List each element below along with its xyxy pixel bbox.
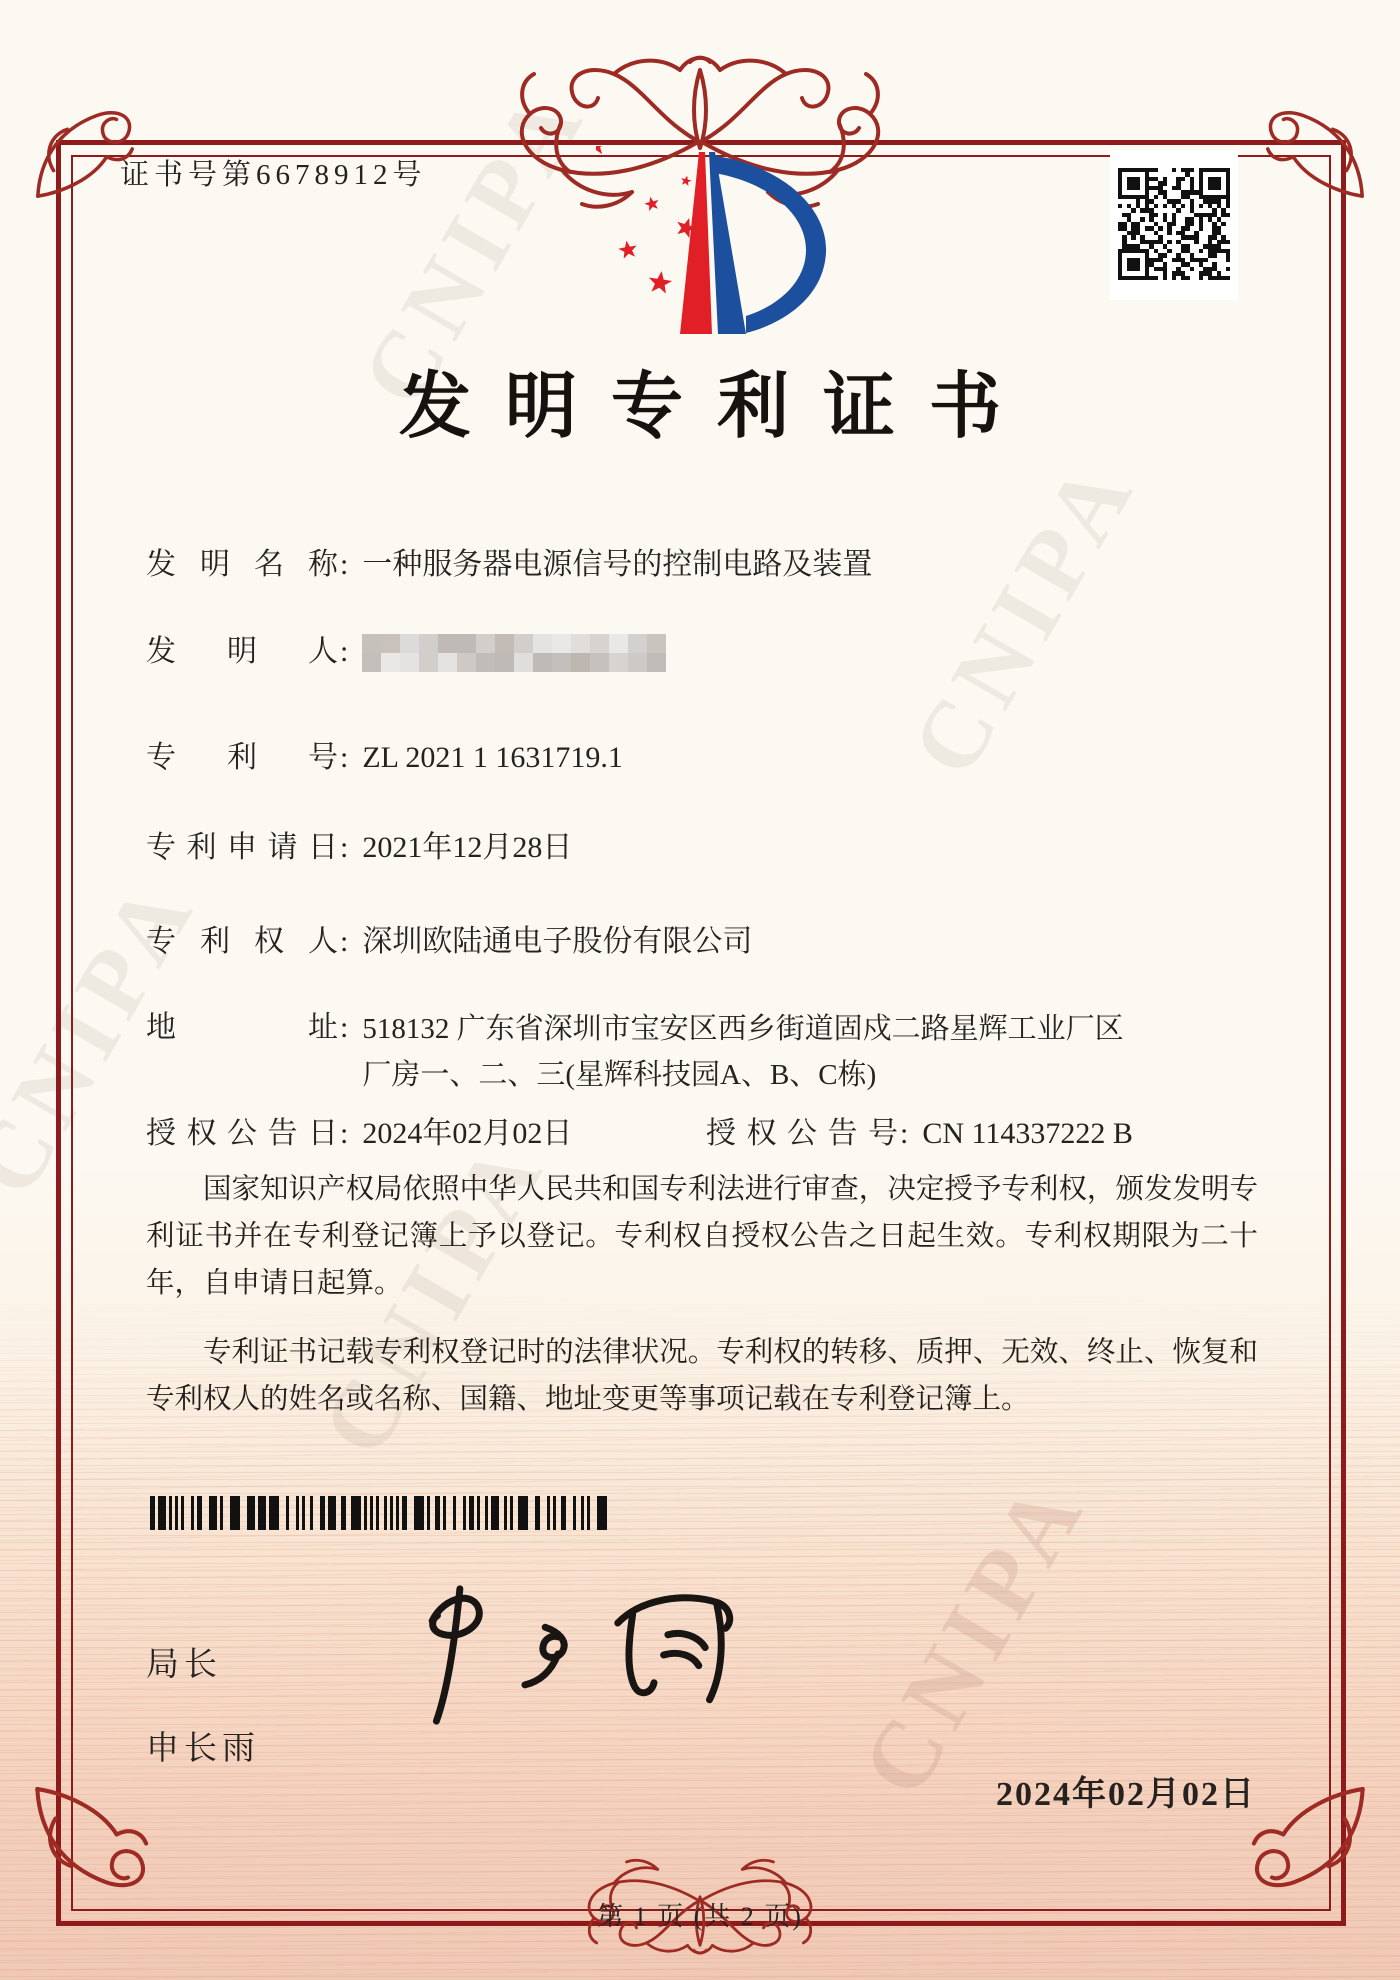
- cnipa-logo: [596, 146, 848, 340]
- barcode-bar: [518, 1496, 528, 1530]
- field-address: 地址: 518132 广东省深圳市宝安区西乡街道固戍二路星辉工业厂区厂房一、二、…: [146, 1006, 1126, 1099]
- field-inventor: 发明人:: [146, 630, 666, 674]
- barcode-bar: [258, 1496, 266, 1530]
- redaction-pixel: [552, 653, 571, 672]
- field-patentee: 专利权人: 深圳欧陆通电子股份有限公司: [146, 920, 752, 964]
- legal-paragraph-1: 国家知识产权局依照中华人民共和国专利法进行审查，决定授予专利权，颁发发明专利证书…: [146, 1166, 1258, 1307]
- page-number: 第 1 页 (共 2 页): [0, 1896, 1400, 1933]
- qr-module: [1226, 276, 1230, 280]
- barcode-bar: [553, 1496, 556, 1530]
- redaction-pixel: [609, 653, 628, 672]
- barcode-bar: [435, 1496, 440, 1530]
- barcode-bar: [384, 1496, 387, 1530]
- barcode-bar: [427, 1496, 430, 1530]
- redaction-pixel: [438, 653, 457, 672]
- redaction-pixel: [533, 634, 552, 653]
- barcode-bar: [485, 1496, 488, 1530]
- field-label: 发明人: [146, 630, 338, 674]
- field-value: 518132 广东省深圳市宝安区西乡街道固戍二路星辉工业厂区厂房一、二、三(星辉…: [362, 1006, 1126, 1099]
- barcode-bar: [396, 1496, 399, 1530]
- field-grant-number: 授权公告号: CN 114337222 B: [706, 1112, 1133, 1156]
- barcode-bar: [197, 1496, 202, 1530]
- barcode-bar: [443, 1496, 446, 1530]
- redaction-pixel: [457, 653, 476, 672]
- redaction-pixel: [457, 634, 476, 653]
- redaction-pixel: [628, 634, 647, 653]
- barcode-bar: [169, 1496, 172, 1530]
- barcode-bar: [220, 1496, 223, 1530]
- legal-text: 国家知识产权局依照中华人民共和国专利法进行审查，决定授予专利权，颁发发明专利证书…: [146, 1166, 1258, 1445]
- issue-date: 2024年02月02日: [996, 1766, 1256, 1815]
- commissioner-title: 局长: [146, 1638, 222, 1685]
- field-label: 发明名称: [146, 543, 338, 587]
- redaction-pixel: [533, 653, 552, 672]
- barcode-bar: [504, 1496, 507, 1530]
- patent-certificate-page: CNIPA CNIPA CNIPA CNIPA CNIPA: [0, 0, 1400, 1980]
- barcode-bar: [547, 1496, 550, 1530]
- barcode-bar: [328, 1496, 336, 1530]
- redaction-pixel: [590, 634, 609, 653]
- barcode-bar: [491, 1496, 499, 1530]
- barcode-bar: [269, 1496, 279, 1530]
- redaction-pixel: [628, 653, 647, 672]
- field-value: 一种服务器电源信号的控制电路及装置: [362, 543, 872, 587]
- legal-paragraph-2: 专利证书记载专利权登记时的法律状况。专利权的转移、质押、无效、终止、恢复和专利权…: [146, 1329, 1258, 1423]
- barcode-bar: [453, 1496, 456, 1530]
- barcode-bar: [370, 1496, 373, 1530]
- field-grant-date: 授权公告日: 2024年02月02日: [146, 1112, 572, 1156]
- commissioner-name: 申长雨: [146, 1722, 260, 1769]
- handwritten-signature: [366, 1576, 750, 1734]
- redaction-pixel: [552, 634, 571, 653]
- barcode-bar: [175, 1496, 178, 1530]
- colon: :: [340, 543, 348, 587]
- redaction-pixel: [381, 653, 400, 672]
- field-value: CN 114337222 B: [922, 1112, 1133, 1156]
- barcode-bar: [376, 1496, 379, 1530]
- barcode-bar: [469, 1496, 474, 1530]
- barcode-bar: [351, 1496, 361, 1530]
- barcode-bar: [310, 1496, 313, 1530]
- barcode-bar: [181, 1496, 184, 1530]
- barcode-bar: [296, 1496, 299, 1530]
- redaction-pixel: [438, 634, 457, 653]
- redaction-pixel: [647, 653, 666, 672]
- redacted-inventor-names: [362, 634, 666, 672]
- field-value: 2021年12月28日: [362, 826, 572, 870]
- barcode-bar: [581, 1496, 584, 1530]
- redaction-pixel: [400, 634, 419, 653]
- barcode-bar: [209, 1496, 217, 1530]
- barcode-bar: [286, 1496, 289, 1530]
- barcode-bar: [230, 1496, 240, 1530]
- field-label: 授权公告日: [146, 1112, 338, 1156]
- field-label: 专利号: [146, 736, 338, 780]
- colon: :: [340, 1112, 348, 1156]
- redaction-pixel: [381, 634, 400, 653]
- colon: :: [900, 1112, 908, 1156]
- barcode-bar: [573, 1496, 576, 1530]
- colon: :: [340, 630, 348, 674]
- barcode-bar: [587, 1496, 590, 1530]
- redaction-pixel: [514, 634, 533, 653]
- barcode-bar: [463, 1496, 466, 1530]
- field-label: 专利权人: [146, 920, 338, 964]
- barcode-bar: [535, 1496, 540, 1530]
- barcode-bar: [364, 1496, 367, 1530]
- redaction-pixel: [571, 653, 590, 672]
- colon: :: [340, 826, 348, 870]
- barcode-bar: [597, 1496, 607, 1530]
- redaction-pixel: [362, 653, 381, 672]
- barcode-bar: [320, 1496, 325, 1530]
- colon: :: [340, 920, 348, 964]
- redaction-pixel: [362, 634, 381, 653]
- field-value: 深圳欧陆通电子股份有限公司: [362, 920, 752, 964]
- field-value: ZL 2021 1 1631719.1: [362, 736, 623, 780]
- barcode-bar: [341, 1496, 346, 1530]
- redaction-pixel: [647, 634, 666, 653]
- redaction-pixel: [590, 653, 609, 672]
- colon: :: [340, 736, 348, 780]
- barcode-bar: [390, 1496, 393, 1530]
- field-label: 地址: [146, 1006, 338, 1050]
- colon: :: [340, 1006, 348, 1050]
- redaction-pixel: [514, 653, 533, 672]
- redaction-pixel: [476, 634, 495, 653]
- qr-code-modules: [1118, 168, 1230, 280]
- certificate-number: 证书号第6678912号: [120, 152, 427, 193]
- redaction-pixel: [609, 634, 628, 653]
- barcode-bar: [477, 1496, 480, 1530]
- redaction-pixel: [419, 653, 438, 672]
- barcode-bar: [302, 1496, 305, 1530]
- qr-code: [1110, 150, 1238, 300]
- barcode-bar: [561, 1496, 566, 1530]
- barcode-bar: [510, 1496, 513, 1530]
- redaction-pixel: [400, 653, 419, 672]
- redaction-pixel: [495, 653, 514, 672]
- barcode-bar: [247, 1496, 255, 1530]
- field-invention-name: 发明名称: 一种服务器电源信号的控制电路及装置: [146, 543, 872, 587]
- field-label: 专利申请日: [146, 826, 338, 870]
- barcode: [150, 1496, 622, 1530]
- barcode-bar: [191, 1496, 194, 1530]
- redaction-pixel: [476, 653, 495, 672]
- redaction-pixel: [419, 634, 438, 653]
- field-label: 授权公告号: [706, 1112, 898, 1156]
- field-value: 2024年02月02日: [362, 1112, 572, 1156]
- certificate-title: 发明专利证书: [0, 348, 1400, 452]
- field-patent-number: 专利号: ZL 2021 1 1631719.1: [146, 736, 623, 780]
- barcode-bar: [150, 1496, 155, 1530]
- barcode-bar: [402, 1496, 407, 1530]
- redaction-pixel: [571, 634, 590, 653]
- barcode-bar: [414, 1496, 424, 1530]
- barcode-bar: [158, 1496, 166, 1530]
- field-filing-date: 专利申请日: 2021年12月28日: [146, 826, 572, 870]
- redaction-pixel: [495, 634, 514, 653]
